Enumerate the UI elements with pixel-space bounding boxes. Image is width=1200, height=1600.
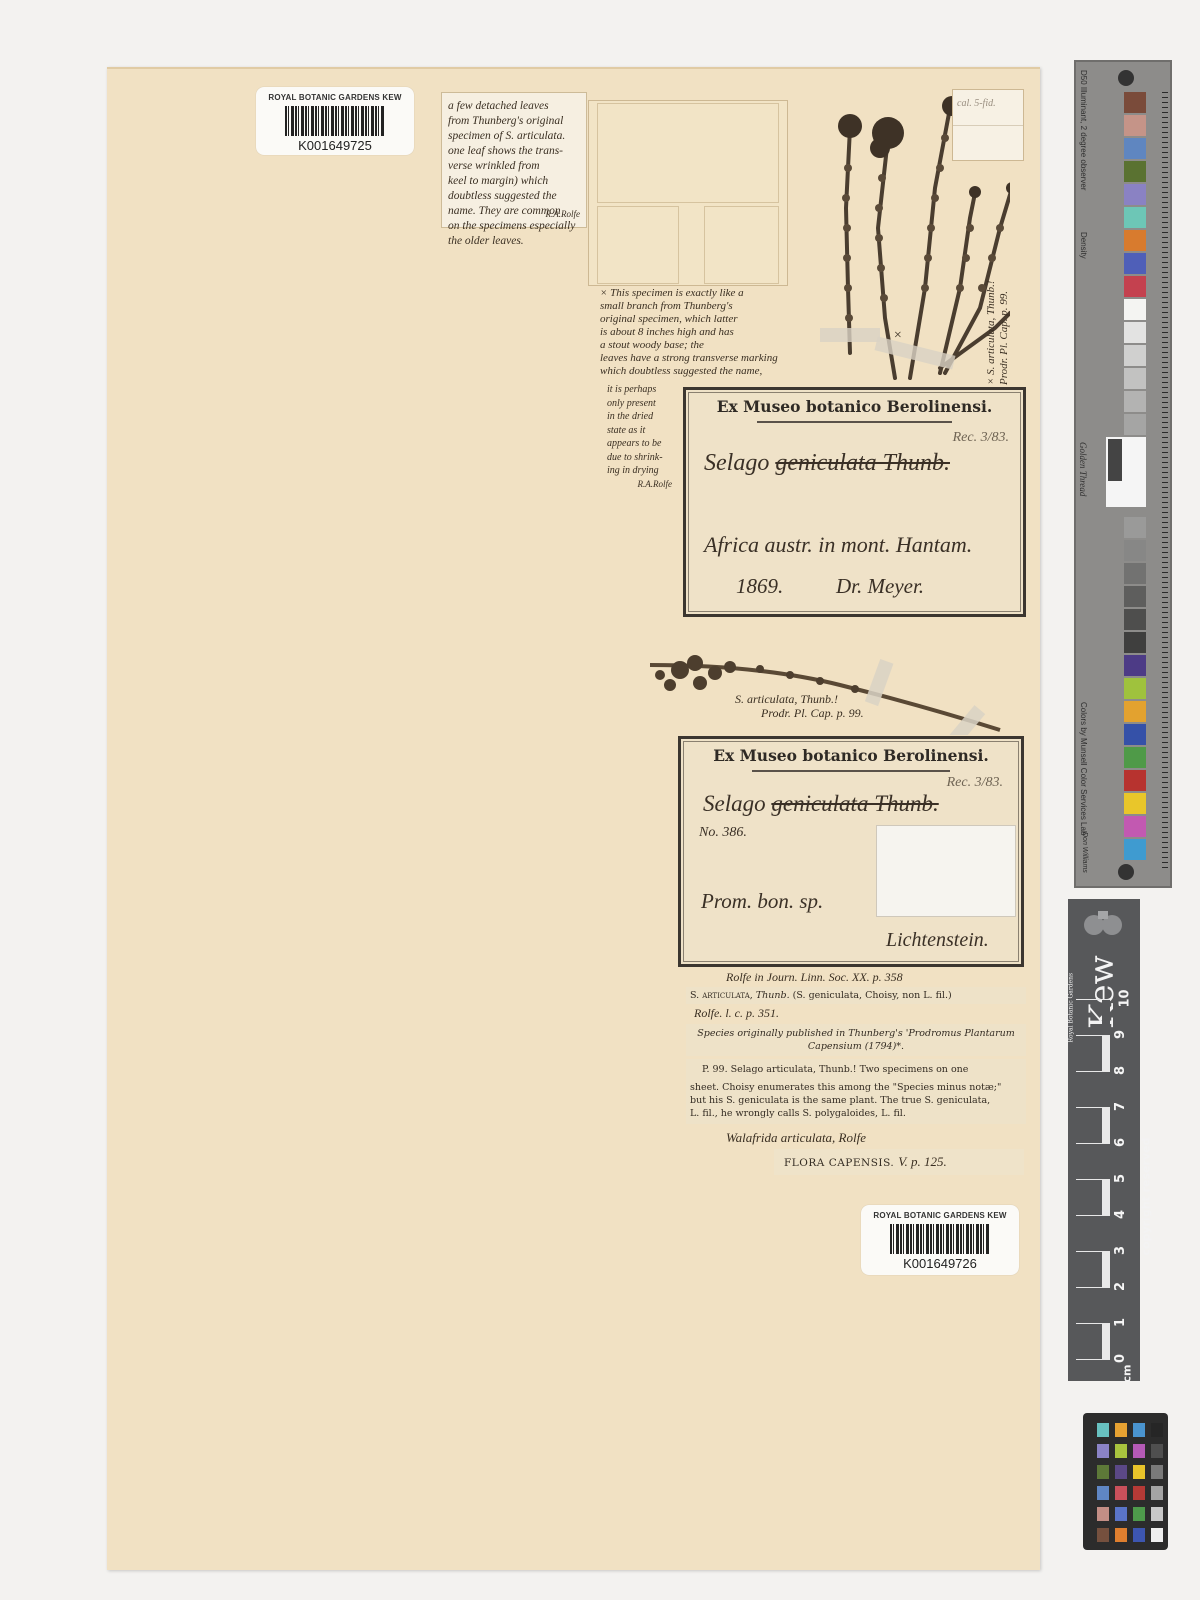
institution-name: ROYAL BOTANIC GARDENS KEW	[871, 1211, 1009, 1220]
checker-patch	[1151, 1528, 1163, 1542]
label-header: Ex Museo botanico Berolinensi.	[681, 746, 1021, 765]
color-swatch	[1124, 368, 1146, 389]
color-swatch	[1124, 345, 1146, 366]
note-line: a few detached leaves	[448, 99, 580, 114]
illuminant-text: D50 Illuminant, 2 degree observer	[1079, 70, 1088, 191]
color-swatch	[1124, 678, 1146, 699]
checker-patch	[1151, 1444, 1163, 1458]
copyright-notice: copyright reserved	[1140, 1156, 1153, 1256]
institution-name: ROYAL BOTANIC GARDENS KEW	[266, 93, 404, 102]
color-swatch	[1124, 655, 1146, 676]
note-line: it is perhaps	[607, 383, 672, 397]
bar-hole-top	[1118, 70, 1134, 86]
barcode-number: K001649725	[266, 138, 404, 153]
note-line: in the dried	[607, 410, 672, 424]
color-swatch	[1124, 322, 1146, 343]
color-swatch	[1124, 770, 1146, 791]
checker-patch	[1133, 1507, 1145, 1521]
checker-patch	[1133, 1528, 1145, 1542]
note-lines: a few detached leavesfrom Thunberg's ori…	[448, 99, 580, 249]
handwritten-margin-side-note: it is perhapsonly presentin the driedsta…	[607, 383, 672, 491]
color-swatch	[1124, 299, 1146, 320]
color-swatch	[1124, 839, 1146, 860]
ruler-tick	[1076, 1215, 1110, 1216]
handwritten-note-detached-leaves: a few detached leavesfrom Thunberg's ori…	[441, 92, 587, 228]
paper-fragment	[876, 825, 1016, 917]
color-swatch	[1124, 632, 1146, 653]
royal-crest-icon	[1080, 907, 1126, 943]
handwritten-note: Golden Thread	[1078, 442, 1088, 496]
checker-patch	[1151, 1465, 1163, 1479]
color-swatch	[1124, 161, 1146, 182]
handwritten-citation-rolfe: Rolfe. l. c. p. 351.	[686, 1006, 1026, 1021]
locality: Prom. bon. sp.	[701, 889, 823, 914]
ruler-segment	[1102, 1215, 1110, 1251]
color-swatch	[1124, 724, 1146, 745]
note-line: specimen of S. articulata.	[448, 129, 580, 144]
color-swatch	[1124, 276, 1146, 297]
genus: Selago	[704, 450, 769, 476]
note-line: due to shrink-	[607, 451, 672, 465]
kew-scale-ruler: Kew Royal Botanic Gardens 012345678910 c…	[1068, 899, 1140, 1381]
barcode-bars	[285, 106, 385, 136]
checker-patch	[1115, 1528, 1127, 1542]
printed-species-origin: Species originally published in Thunberg…	[686, 1024, 1026, 1056]
ruler-segment	[1102, 1107, 1110, 1143]
locality: Africa austr. in mont. Hantam.	[704, 532, 972, 558]
checker-patch	[1115, 1444, 1127, 1458]
checker-patch	[1151, 1423, 1163, 1437]
note-line: doubtless suggested the	[448, 189, 580, 204]
color-swatch	[1124, 92, 1146, 113]
note-line: ing in drying	[607, 464, 672, 478]
small-packet: cal. 5-fid.	[952, 89, 1024, 161]
note-line: keel to margin) which	[448, 174, 580, 189]
color-swatch	[1124, 253, 1146, 274]
checker-patch	[1115, 1423, 1127, 1437]
received-date: Rec. 3/83.	[947, 775, 1003, 791]
checker-patch	[1151, 1486, 1163, 1500]
ruler-segment	[1102, 1323, 1110, 1359]
ruler-number: 2	[1113, 1282, 1128, 1291]
ruler-number: 3	[1113, 1246, 1128, 1255]
density-label: Density	[1079, 232, 1088, 259]
color-swatch	[1124, 586, 1146, 607]
checker-patch	[1097, 1423, 1109, 1437]
ruler-number: 10	[1118, 989, 1133, 1007]
color-swatch	[1124, 793, 1146, 814]
ruler-number: 0	[1113, 1354, 1128, 1363]
ruler-segment	[1102, 1071, 1110, 1107]
note-line: from Thunberg's original	[448, 114, 580, 129]
note-line: appears to be	[607, 437, 672, 451]
ruler-tick	[1076, 1143, 1110, 1144]
bar-hole-bottom	[1118, 864, 1134, 880]
collector: Lichtenstein.	[886, 929, 989, 952]
label-header: Ex Museo botanico Berolinensi.	[686, 397, 1023, 416]
label-taxon: Selago geniculata Thunb.	[704, 450, 950, 477]
label-rule	[757, 421, 952, 423]
checker-patch	[1133, 1444, 1145, 1458]
color-swatch	[1124, 207, 1146, 228]
color-swatch	[1124, 230, 1146, 251]
checker-patch	[1133, 1423, 1145, 1437]
color-checker-card	[1083, 1413, 1168, 1550]
checker-patch	[1115, 1507, 1127, 1521]
checker-patch	[1115, 1486, 1127, 1500]
handwritten-new-combination: Walafrida articulata, Rolfe	[686, 1130, 1026, 1146]
note-line: state as it	[607, 424, 672, 438]
ruler-number: 7	[1113, 1102, 1128, 1111]
munsell-credit: Colors by Munsell Color Services Lab	[1079, 702, 1088, 835]
checker-patch	[1097, 1528, 1109, 1542]
barcode-label-bottom: ROYAL BOTANIC GARDENS KEW K001649726	[861, 1205, 1019, 1275]
ruler-number: 4	[1113, 1210, 1128, 1219]
checker-patch	[1097, 1444, 1109, 1458]
genus: Selago	[703, 791, 766, 816]
color-swatch	[1124, 517, 1146, 538]
color-swatch	[1124, 391, 1146, 412]
checker-patch	[1097, 1465, 1109, 1479]
ruler-number: 9	[1113, 1030, 1128, 1039]
ruler-segment	[1102, 1143, 1110, 1179]
lower-specimen-annotation: S. articulata, Thunb.! Prodr. Pl. Cap. p…	[735, 692, 864, 720]
checker-patch	[1133, 1486, 1145, 1500]
ruler-segment	[1102, 1251, 1110, 1287]
label-taxon: Selago geniculata Thunb.	[703, 791, 939, 817]
note-signature: R.A.Rolfe	[546, 207, 581, 222]
color-swatch	[1124, 563, 1146, 584]
struck-epithet: geniculata Thunb.	[771, 791, 938, 816]
handwritten-citation-journal: Rolfe in Journ. Linn. Soc. XX. p. 358	[686, 970, 1026, 985]
mm-scale	[1162, 92, 1168, 872]
ruler-number: 8	[1113, 1066, 1128, 1075]
color-swatch	[1124, 115, 1146, 136]
kew-subtitle: Royal Botanic Gardens	[1068, 933, 1075, 1043]
citation-block: Rolfe in Journ. Linn. Soc. XX. p. 358 S.…	[686, 970, 1026, 1175]
ruler-tick	[1076, 1179, 1110, 1180]
ruler-tick	[1076, 1287, 1110, 1288]
packet-flap	[597, 103, 779, 203]
color-swatch	[1124, 184, 1146, 205]
lower-plant-specimen	[640, 645, 1010, 735]
ruler-tick	[1076, 1071, 1110, 1072]
barcode-label-top: ROYAL BOTANIC GARDENS KEW K001649725	[256, 87, 414, 155]
specimen-cross-mark: ×	[893, 328, 902, 344]
signature: Don Williams	[1081, 832, 1088, 873]
ruler-tick	[1076, 1107, 1110, 1108]
color-calibration-bar: D50 Illuminant, 2 degree observer Densit…	[1074, 60, 1172, 888]
upper-specimen-annotation: × S. articulata, Thunb.! Prodr. Pl. Cap.…	[985, 280, 1011, 385]
ruler-number: 6	[1113, 1138, 1128, 1147]
small-packet-label: cal. 5-fid.	[953, 90, 1023, 117]
checker-patch	[1115, 1465, 1127, 1479]
ruler-tick	[1076, 1359, 1110, 1360]
margin-note-signature: R.A.Rolfe	[607, 478, 672, 492]
checker-patch	[1133, 1465, 1145, 1479]
color-swatch	[1124, 138, 1146, 159]
ruler-number: 5	[1113, 1174, 1128, 1183]
year: 1869.	[736, 574, 783, 599]
collector: Dr. Meyer.	[836, 574, 924, 599]
note-line: the older leaves.	[448, 234, 580, 249]
note-line: only present	[607, 397, 672, 411]
checker-patch	[1097, 1507, 1109, 1521]
ruler-tick	[1076, 1323, 1110, 1324]
received-date: Rec. 3/83.	[953, 430, 1009, 446]
ruler-segment	[1102, 1035, 1110, 1071]
note-line: one leaf shows the trans-	[448, 144, 580, 159]
checker-patch	[1097, 1486, 1109, 1500]
specimen-number: No. 386.	[699, 825, 747, 841]
target-patch	[1106, 437, 1146, 507]
barcode-number: K001649726	[871, 1256, 1009, 1271]
unit-label: cm	[1120, 1365, 1133, 1383]
color-swatch	[1124, 540, 1146, 561]
packet-fold-right	[704, 206, 779, 284]
ruler-tick	[1076, 1251, 1110, 1252]
ruler-segment	[1102, 999, 1110, 1035]
ruler-number: 1	[1113, 1318, 1128, 1327]
museum-label-berlin-lichtenstein: Ex Museo botanico Berolinensi. Rec. 3/83…	[678, 736, 1024, 967]
printed-flora-excerpt: P. 99. Selago articulata, Thunb.! Two sp…	[686, 1059, 1026, 1124]
color-swatch	[1124, 747, 1146, 768]
color-swatch	[1124, 414, 1146, 435]
fragment-packet	[588, 100, 788, 286]
note-line: verse wrinkled from	[448, 159, 580, 174]
label-rule	[752, 770, 949, 772]
color-swatch	[1124, 609, 1146, 630]
ruler-tick	[1076, 1035, 1110, 1036]
barcode-bars	[890, 1224, 990, 1254]
ruler-segment	[1102, 1287, 1110, 1323]
lower-plant-drawing	[640, 645, 1010, 735]
ruler-tick	[1076, 999, 1110, 1000]
checker-patch	[1151, 1507, 1163, 1521]
ruler-segment	[1102, 1179, 1110, 1215]
packet-fold-left	[597, 206, 679, 284]
printed-citation-name: S. articulata, Thunb. (S. geniculata, Ch…	[686, 987, 1026, 1004]
museum-label-berlin-meyer: Ex Museo botanico Berolinensi. Rec. 3/83…	[683, 387, 1026, 617]
flora-capensis-reference: FLORA CAPENSIS. V. p. 125.	[774, 1149, 1024, 1175]
color-swatch	[1124, 701, 1146, 722]
color-swatch	[1124, 816, 1146, 837]
struck-epithet: geniculata Thunb.	[775, 450, 950, 476]
